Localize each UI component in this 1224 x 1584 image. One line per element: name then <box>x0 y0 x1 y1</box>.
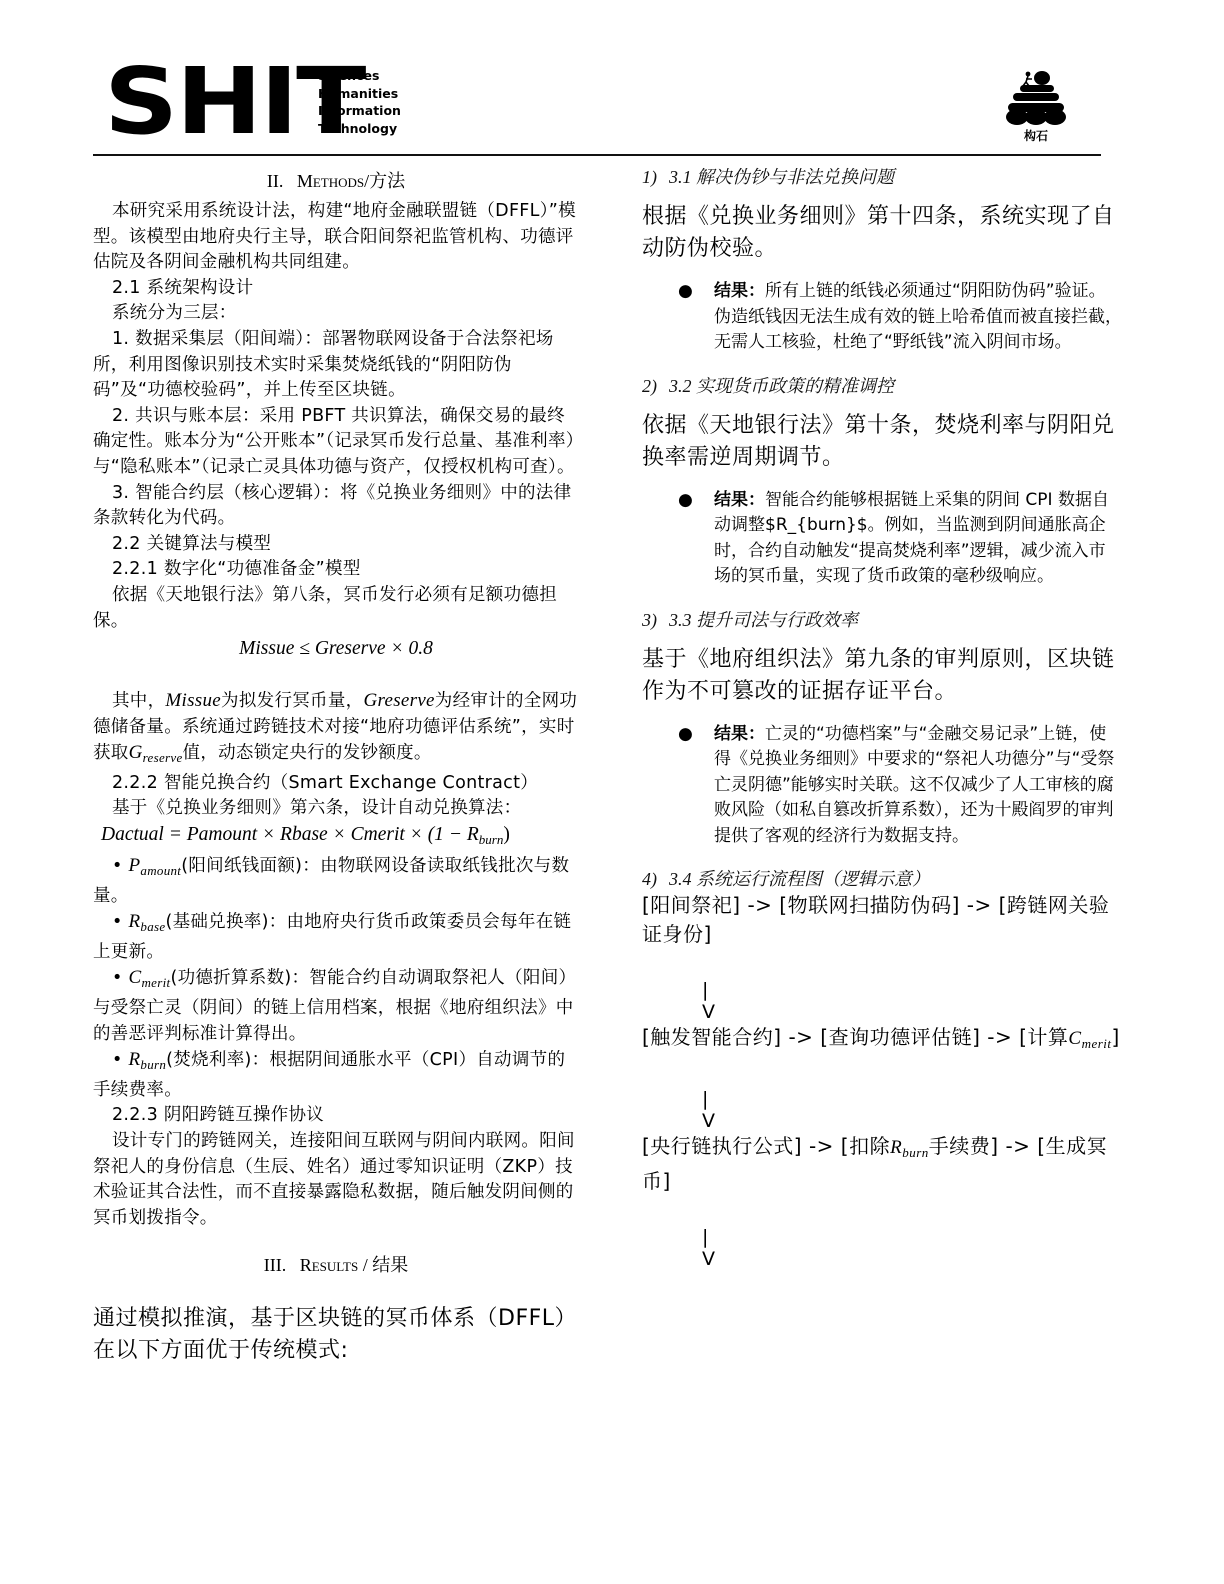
math-subscript: base <box>140 919 165 934</box>
result-text: 智能合约能够根据链上采集的阴间 CPI 数据自动调整$R_{burn}$。例如，… <box>714 490 1109 587</box>
math-g-symbol: G <box>129 742 143 763</box>
flow-step-row-3: [央行链执行公式] -> [扣除Rburn手续费] -> [生成冥币] <box>642 1132 1122 1196</box>
math-symbol: R <box>129 1049 141 1070</box>
logo-subtitle: Sciences Humanities Information Technolo… <box>318 67 401 137</box>
math-symbol: R <box>129 911 141 932</box>
bullet-icon: • <box>112 856 123 876</box>
intro-paragraph: 本研究采用系统设计法，构建“地府金融联盟链（DFFL）”模型。该模型由地府央行主… <box>93 199 579 276</box>
subsection-number: 3) <box>642 610 657 630</box>
flow-arrow-down-icon: V <box>642 1110 1122 1132</box>
math-symbol: C <box>1068 1028 1081 1049</box>
logo-sub-line: Information <box>318 102 401 120</box>
layer-1-paragraph: 1. 数据采集层（阳间端）：部署物联网设备于合法祭祀场所，利用图像识别技术实时采… <box>93 327 579 404</box>
subsection-number: 1) <box>642 167 657 187</box>
header-divider <box>93 154 1101 156</box>
section-title-zh: 方法 <box>369 171 405 191</box>
text: 其中， <box>112 691 165 711</box>
lead-paragraph: 根据《兑换业务细则》第十四条，系统实现了自动防伪校验。 <box>642 201 1122 265</box>
result-section-3-3: 3)3.3 提升司法与行政效率 基于《地府组织法》第九条的审判原则，区块链作为不… <box>642 608 1122 850</box>
math-subscript: burn <box>479 832 504 847</box>
math-subscript: burn <box>902 1145 929 1160</box>
flowchart-section: 4)3.4 系统运行流程图（逻辑示意） [阳间祭祀] -> [物联网扫描防伪码]… <box>642 867 1122 1270</box>
left-column: II. Methods/方法 本研究采用系统设计法，构建“地府金融联盟链（DFF… <box>93 165 579 1367</box>
math-subscript: burn <box>140 1057 166 1072</box>
layer-2-paragraph: 2. 共识与账本层：采用 PBFT 共识算法，确保交易的最终确定性。账本分为“公… <box>93 404 579 481</box>
bullet-icon: • <box>112 968 123 988</box>
subsection-title: 3.2 实现货币政策的精准调控 <box>669 376 894 396</box>
result-label: 结果： <box>714 724 765 744</box>
math-symbol: R <box>890 1137 902 1158</box>
lead-paragraph: 基于《地府组织法》第九条的审判原则，区块链作为不可篡改的证据存证平台。 <box>642 644 1122 708</box>
equation-main: Dactual = Pamount × Rbase × Cmerit × (1 … <box>101 824 479 845</box>
flow-arrow-down-icon: V <box>642 1248 1122 1270</box>
subsection-title: 3.4 系统运行流程图（逻辑示意） <box>669 869 930 889</box>
flow-pipe-icon: | <box>642 1088 1122 1110</box>
math-subscript: merit <box>1082 1036 1112 1051</box>
badge-label: 构石 <box>1004 127 1068 144</box>
subsection-heading: 2)3.2 实现货币政策的精准调控 <box>642 374 1122 398</box>
paragraph-2-2-2: 基于《兑换业务细则》第六条，设计自动兑换算法： <box>93 796 579 822</box>
bullet-icon: ● <box>678 488 693 514</box>
heading-2-1: 2.1 系统架构设计 <box>93 276 579 302</box>
flow-step-row-1: [阳间祭祀] -> [物联网扫描防伪码] -> [跨链网关验证身份] <box>642 891 1122 949</box>
subsection-number: 2) <box>642 376 657 396</box>
section-number: III. <box>264 1255 286 1275</box>
section-title-en: Results <box>300 1255 358 1275</box>
result-label: 结果： <box>714 281 765 301</box>
results-heading: III. Results / 结果 <box>93 1253 579 1277</box>
heading-2-2-1: 2.2.1 数字化“功德准备金”模型 <box>93 557 579 583</box>
result-bullet: ●结果：智能合约能够根据链上采集的阴间 CPI 数据自动调整$R_{burn}$… <box>642 488 1122 590</box>
math-symbol: C <box>129 967 142 988</box>
logo-sub-line: Sciences <box>318 67 401 85</box>
text: 值，动态锁定央行的发钞额度。 <box>183 743 432 763</box>
flow-step-row-2: [触发智能合约] -> [查询功德评估链] -> [计算Cmerit] <box>642 1023 1122 1058</box>
result-text: 亡灵的“功德档案”与“金融交易记录”上链，使得《兑换业务细则》中要求的“祭祀人功… <box>714 724 1114 846</box>
variable-r-base: • Rbase(基础兑换率)：由地府央行货币政策委员会每年在链上更新。 <box>93 909 579 965</box>
subsection-title: 3.3 提升司法与行政效率 <box>669 610 858 630</box>
subsection-heading: 3)3.3 提升司法与行政效率 <box>642 608 1122 632</box>
section-title-en: Methods <box>297 171 364 191</box>
result-bullet: ●结果：亡灵的“功德档案”与“金融交易记录”上链，使得《兑换业务细则》中要求的“… <box>642 722 1122 850</box>
flow-arrow-down-icon: V <box>642 1001 1122 1023</box>
flow-text: [触发智能合约] -> [查询功德评估链] -> [计算 <box>642 1025 1068 1049</box>
layers-intro: 系统分为三层： <box>93 301 579 327</box>
logo-sub-line: Humanities <box>318 85 401 103</box>
paragraph-2-2-1-explanation: 其中，Missue为拟发行冥币量，Greserve为经审计的全网功德储备量。系统… <box>93 688 579 771</box>
layer-3-paragraph: 3. 智能合约层（核心逻辑）：将《兑换业务细则》中的法律条款转化为代码。 <box>93 481 579 532</box>
math-symbol: P <box>129 855 141 876</box>
math-greserve: Greserve <box>363 690 434 711</box>
variable-description: (基础兑换率)：由地府央行货币政策委员会每年在链上更新。 <box>93 912 571 962</box>
heading-2-2: 2.2 关键算法与模型 <box>93 532 579 558</box>
math-subscript: amount <box>140 863 181 878</box>
heading-2-2-2: 2.2.2 智能兑换合约（Smart Exchange Contract） <box>93 771 579 797</box>
subsection-title: 3.1 解决伪钞与非法兑换问题 <box>669 167 894 187</box>
subsection-number: 4) <box>642 869 657 889</box>
flow-text: ] <box>1112 1025 1120 1049</box>
results-intro: 通过模拟推演，基于区块链的冥币体系（DFFL）在以下方面优于传统模式: <box>93 1303 579 1367</box>
result-label: 结果： <box>714 490 765 510</box>
text: 为拟发行冥币量， <box>221 691 363 711</box>
heading-2-2-3: 2.2.3 阴阳跨链互操作协议 <box>93 1103 579 1129</box>
paragraph-2-2-1: 依据《天地银行法》第八条，冥币发行必须有足额功德担保。 <box>93 583 579 634</box>
bullet-icon: ● <box>678 722 693 748</box>
lead-paragraph: 依据《天地银行法》第十条，焚烧利率与阴阳兑换率需逆周期调节。 <box>642 410 1122 474</box>
goushi-badge: 构石 <box>1004 70 1074 144</box>
logo-sub-line: Technology <box>318 120 401 138</box>
methods-heading: II. Methods/方法 <box>93 169 579 193</box>
right-column: 1)3.1 解决伪钞与非法兑换问题 根据《兑换业务细则》第十四条，系统实现了自动… <box>642 165 1122 1270</box>
flow-text: [央行链执行公式] -> [扣除 <box>642 1134 890 1158</box>
math-missue: Missue <box>165 690 221 711</box>
flow-pipe-icon: | <box>642 979 1122 1001</box>
bullet-icon: ● <box>678 279 693 305</box>
stone-pile-icon <box>1004 70 1068 126</box>
variable-p-amount: • Pamount(阳间纸钱面额)：由物联网设备读取纸钱批次与数量。 <box>93 853 579 909</box>
math-subscript: reserve <box>143 750 183 765</box>
subsection-heading: 4)3.4 系统运行流程图（逻辑示意） <box>642 867 1122 891</box>
equation-exchange: Dactual = Pamount × Rbase × Cmerit × (1 … <box>93 822 579 853</box>
equation-reserve: Missue ≤ Greserve × 0.8 <box>93 634 579 662</box>
bullet-icon: • <box>112 912 123 932</box>
result-text: 所有上链的纸钱必须通过“阴阳防伪码”验证。伪造纸钱因无法生成有效的链上哈希值而被… <box>714 281 1122 352</box>
result-section-3-2: 2)3.2 实现货币政策的精准调控 依据《天地银行法》第十条，焚烧利率与阴阳兑换… <box>642 374 1122 590</box>
section-title-zh: 结果 <box>372 1255 408 1275</box>
result-bullet: ●结果：所有上链的纸钱必须通过“阴阳防伪码”验证。伪造纸钱因无法生成有效的链上哈… <box>642 279 1122 356</box>
title-separator: / <box>358 1255 372 1275</box>
paragraph-2-2-3: 设计专门的跨链网关，连接阳间互联网与阴间内联网。阳间祭祀人的身份信息（生辰、姓名… <box>93 1129 579 1231</box>
bullet-icon: • <box>112 1050 123 1070</box>
variable-c-merit: • Cmerit(功德折算系数)：智能合约自动调取祭祀人（阳间）与受祭亡灵（阴间… <box>93 965 579 1047</box>
page-header: SHIT Sciences Humanities Information Tec… <box>0 0 1224 160</box>
flow-pipe-icon: | <box>642 1226 1122 1248</box>
equation-end: ) <box>503 824 510 845</box>
variable-r-burn: • Rburn(焚烧利率)：根据阴间通胀水平（CPI）自动调节的手续费率。 <box>93 1047 579 1103</box>
section-number: II. <box>267 171 284 191</box>
subsection-heading: 1)3.1 解决伪钞与非法兑换问题 <box>642 165 1122 189</box>
math-subscript: merit <box>141 975 170 990</box>
result-section-3-1: 1)3.1 解决伪钞与非法兑换问题 根据《兑换业务细则》第十四条，系统实现了自动… <box>642 165 1122 356</box>
